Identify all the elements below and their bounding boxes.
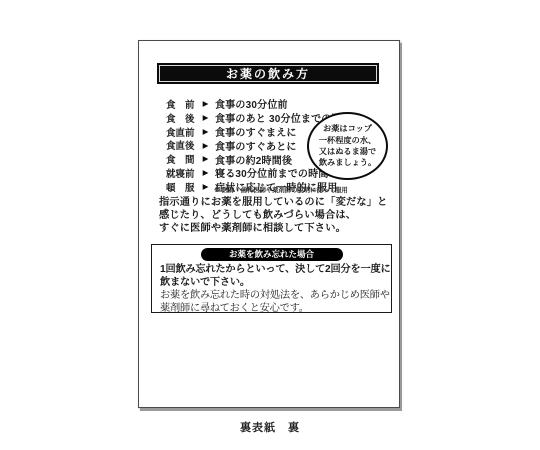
bubble-line: 一杯程度の水、 [319,135,376,146]
page-position-caption: 裏表紙 裏 [0,419,540,435]
timing-term: 食直後 [166,138,196,152]
doctor-instruction-footnote: ※ 医師・歯科医師や薬剤師の説明に従って服用 [214,185,348,194]
section-header-frame: お薬の飲み方 [159,65,377,82]
timing-description: 食事の30分位前 [215,96,288,111]
timing-row: 就寝前 ▶ 寝る30分位前までの時間 [166,166,342,180]
scanned-photo-background: お薬の飲み方 食 前 ▶ 食事の30分位前 食 後 ▶ 食事のあと 30分位まで… [0,0,540,450]
timing-term: 頓 服 [166,180,196,194]
missed-dose-warning-line: 飲まないで下さい。 [160,276,389,289]
bubble-line: 又はぬるま湯で [319,146,376,157]
timing-description: 寝る30分位前までの時間 [215,165,329,180]
arrow-right-icon: ▶ [196,128,215,136]
timing-description: 食事のすぐまえに [215,124,297,139]
missed-dose-label: お薬を飲み忘れた場合 [201,248,343,261]
missed-dose-advice-line: お薬を飲み忘れた時の対処法を、あらかじめ医師や [160,289,389,302]
timing-description: 食事のすぐあとに [215,138,297,153]
arrow-right-icon: ▶ [196,169,215,177]
timing-term: 食 後 [166,111,196,125]
water-advice-bubble: お薬はコップ 一杯程度の水、 又はぬるま湯で 飲みましょう。 [307,112,388,180]
page-title: お薬の飲み方 [226,65,310,82]
timing-row: 食 後 ▶ 食事のあと 30分位までの間 [166,111,342,125]
timing-term: 就寝前 [166,166,196,180]
advice-line: すぐに医師や薬剤師に相談して下さい。 [159,223,388,236]
missed-dose-warning-line: 1回飲み忘れたからといって、決して2回分を一度に [160,263,389,276]
arrow-right-icon: ▶ [196,183,215,191]
advice-line: 指示通りにお薬を服用しているのに「変だな」と [159,197,388,210]
advice-line: 感じたり、どうしても飲みづらい場合は、 [159,210,388,223]
arrow-right-icon: ▶ [196,155,215,163]
timing-row: 食 前 ▶ 食事の30分位前 [166,97,342,111]
missed-dose-advice-line: 薬剤師に尋ねておくと安心です。 [160,302,389,315]
timing-term: 食 間 [166,152,196,166]
consult-doctor-paragraph: 指示通りにお薬を服用しているのに「変だな」と 感じたり、どうしても飲みづらい場合… [159,197,388,235]
section-header: お薬の飲み方 [157,63,379,84]
arrow-right-icon: ▶ [196,142,215,150]
missed-dose-box: お薬を飲み忘れた場合 1回飲み忘れたからといって、決して2回分を一度に 飲まない… [151,244,392,313]
arrow-right-icon: ▶ [196,114,215,122]
missed-dose-text: 1回飲み忘れたからといって、決して2回分を一度に 飲まないで下さい。 お薬を飲み… [160,263,389,315]
timing-term: 食 前 [166,97,196,111]
timing-description: 食事の約2時間後 [215,152,292,167]
booklet-back-cover-page: お薬の飲み方 食 前 ▶ 食事の30分位前 食 後 ▶ 食事のあと 30分位まで… [138,40,400,408]
bubble-line: お薬はコップ [323,123,372,134]
timing-term: 食直前 [166,125,196,139]
bubble-line: 飲みましょう。 [319,157,376,168]
arrow-right-icon: ▶ [196,100,215,108]
